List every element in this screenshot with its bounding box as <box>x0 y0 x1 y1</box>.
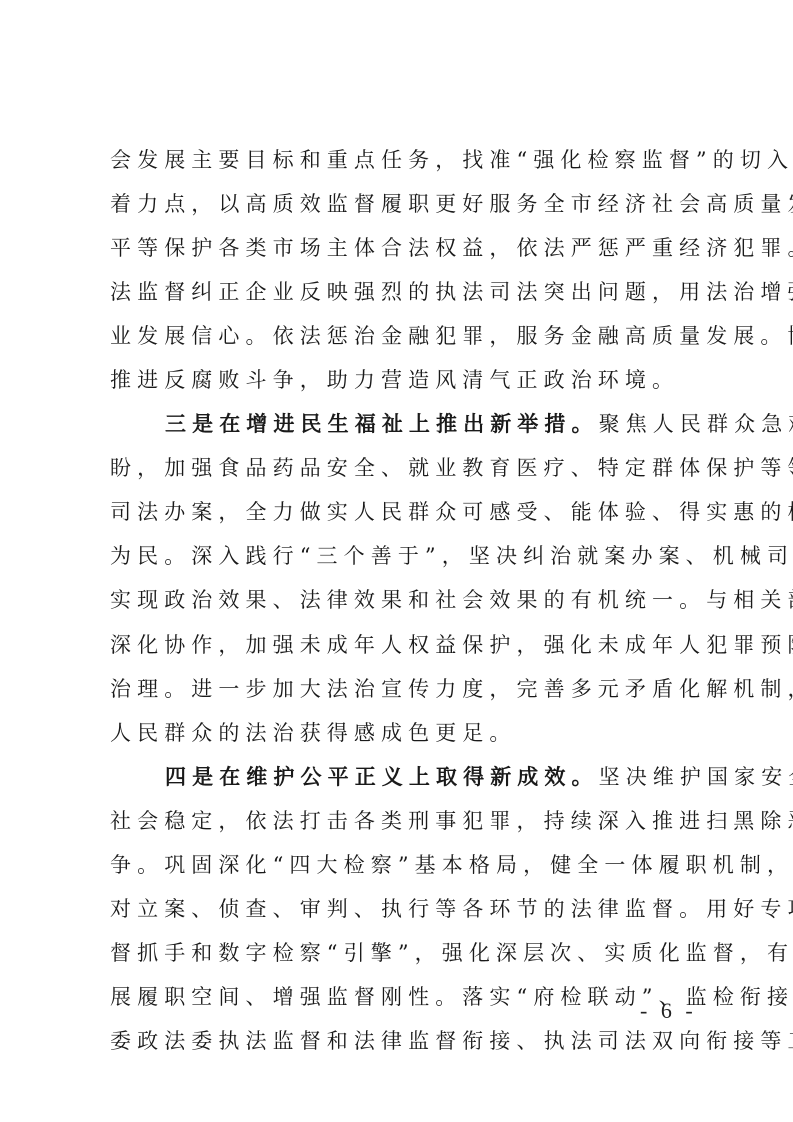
paragraph-2: 三是在增进民生福祉上推出新举措。聚焦人民群众急难愁 盼，加强食品药品安全、就业教… <box>110 402 694 754</box>
text-line: 督抓手和数字检察“引擎”，强化深层次、实质化监督，有效拓 <box>110 931 694 975</box>
text-line: 人民群众的法治获得感成色更足。 <box>110 711 694 755</box>
text-line: 着力点，以高质效监督履职更好服务全市经济社会高质量发展。 <box>110 182 694 226</box>
text-line: 对立案、侦查、审判、执行等各环节的法律监督。用好专项监 <box>110 887 694 931</box>
text-line-first: 三是在增进民生福祉上推出新举措。聚焦人民群众急难愁 <box>110 402 694 446</box>
page-number: - 6 - <box>640 998 697 1024</box>
text-line: 为民。深入践行“三个善于”，坚决纠治就案办案、机械司法， <box>110 534 694 578</box>
text-line: 社会稳定，依法打击各类刑事犯罪，持续深入推进扫黑除恶斗 <box>110 799 694 843</box>
paragraph-3: 四是在维护公平正义上取得新成效。坚决维护国家安全和 社会稳定，依法打击各类刑事犯… <box>110 755 694 1063</box>
text-line: 推进反腐败斗争，助力营造风清气正政治环境。 <box>110 358 694 402</box>
text-fragment: 坚决维护国家安全和 <box>599 765 793 789</box>
text-line: 盼，加强食品药品安全、就业教育医疗、特定群体保护等领域 <box>110 446 694 490</box>
paragraph-1: 会发展主要目标和重点任务，找准“强化检察监督”的切入点、 着力点，以高质效监督履… <box>110 138 694 402</box>
text-fragment: 聚焦人民群众急难愁 <box>599 412 793 436</box>
document-page: 会发展主要目标和重点任务，找准“强化检察监督”的切入点、 着力点，以高质效监督履… <box>0 0 793 1122</box>
text-line: 展履职空间、增强监督刚性。落实“府检联动”、监检衔接、党 <box>110 975 694 1019</box>
body-text: 会发展主要目标和重点任务，找准“强化检察监督”的切入点、 着力点，以高质效监督履… <box>110 138 694 1063</box>
text-line: 实现政治效果、法律效果和社会效果的有机统一。与相关部门 <box>110 578 694 622</box>
text-line: 平等保护各类市场主体合法权益，依法严惩严重经济犯罪。依 <box>110 226 694 270</box>
text-line: 业发展信心。依法惩治金融犯罪，服务金融高质量发展。协同 <box>110 314 694 358</box>
paragraph-lead-heading: 四是在维护公平正义上取得新成效。 <box>165 764 599 789</box>
text-line: 深化协作，加强未成年人权益保护，强化未成年人犯罪预防和 <box>110 623 694 667</box>
text-line: 争。巩固深化“四大检察”基本格局，健全一体履职机制，加强 <box>110 843 694 887</box>
text-line: 治理。进一步加大法治宣传力度，完善多元矛盾化解机制，让 <box>110 667 694 711</box>
text-line-first: 四是在维护公平正义上取得新成效。坚决维护国家安全和 <box>110 755 694 799</box>
text-line: 委政法委执法监督和法律监督衔接、执法司法双向衔接等工作 <box>110 1019 694 1063</box>
paragraph-lead-heading: 三是在增进民生福祉上推出新举措。 <box>165 411 599 436</box>
text-line: 会发展主要目标和重点任务，找准“强化检察监督”的切入点、 <box>110 138 694 182</box>
text-line: 法监督纠正企业反映强烈的执法司法突出问题，用法治增强企 <box>110 270 694 314</box>
text-line: 司法办案，全力做实人民群众可感受、能体验、得实惠的检察 <box>110 490 694 534</box>
